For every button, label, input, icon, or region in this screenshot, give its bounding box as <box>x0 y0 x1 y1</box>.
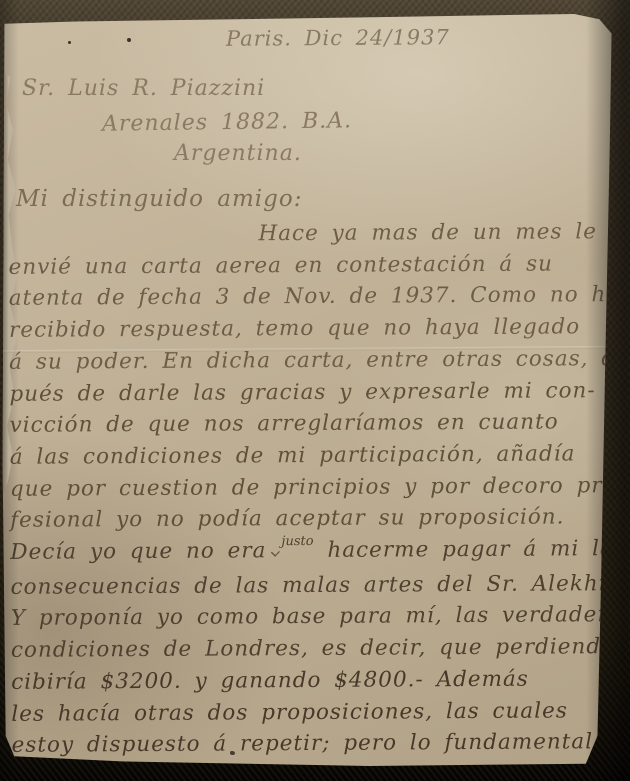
letter-line: á las condiciones de mi participación, a… <box>10 438 608 473</box>
recipient-country: Argentina. <box>174 141 302 166</box>
paper-speck <box>127 38 131 42</box>
letter-line: pués de darle las gracias y expresarle m… <box>9 375 607 410</box>
dateline: Paris. Dic 24/1937 <box>226 25 450 51</box>
letter-line: atenta de fecha 3 de Nov. de 1937. Como … <box>9 280 607 315</box>
caret-insertion-mark <box>271 548 280 557</box>
salutation: Mi distinguido amigo: <box>16 186 302 212</box>
paper-speck <box>68 41 71 44</box>
letter-line: Y proponía yo como base para mí, las ver… <box>11 600 609 635</box>
letter-line: á su poder. En dicha carta, entre otras … <box>9 343 607 378</box>
letter-line: cibiría $3200. y ganando $4800.- Además <box>11 663 609 698</box>
recipient-name: Sr. Luis R. Piazzini <box>22 76 265 101</box>
letter-line: consecuencias de las malas artes del Sr.… <box>10 568 608 603</box>
inserted-word: justo <box>281 526 313 558</box>
letter-line: Hace ya mas de un mes le <box>8 216 606 251</box>
recipient-street: Arenales 1882. B.A. <box>102 108 352 136</box>
photo-mat: Paris. Dic 24/1937 Sr. Luis R. Piazzini … <box>0 0 630 781</box>
insertion-pre-text: Decía yo que no era <box>10 538 266 565</box>
letter-line: les hacía otras dos proposiciones, las c… <box>11 695 609 730</box>
letter-line: recibido respuesta, temo que no haya lle… <box>9 311 607 346</box>
letter-line: que por cuestion de principios y por dec… <box>10 470 608 505</box>
letter-line: envié una carta aerea en contestación á … <box>9 248 607 283</box>
letter-body: Hace ya mas de un mes le envié una carta… <box>8 216 609 762</box>
letter-line: estoy dispuesto á repetir; pero lo funda… <box>11 726 609 761</box>
letter-sheet: Paris. Dic 24/1937 Sr. Luis R. Piazzini … <box>2 14 614 766</box>
letter-line-with-insertion: Decía yo que no erajusto hacerme pagar á… <box>10 533 608 571</box>
letter-line: vicción de que nos arreglaríamos en cuan… <box>10 406 608 441</box>
insertion-post-text: hacerme pagar á mi las <box>327 536 626 563</box>
letter-line: condiciones de Londres, es decir, que pe… <box>11 631 609 666</box>
